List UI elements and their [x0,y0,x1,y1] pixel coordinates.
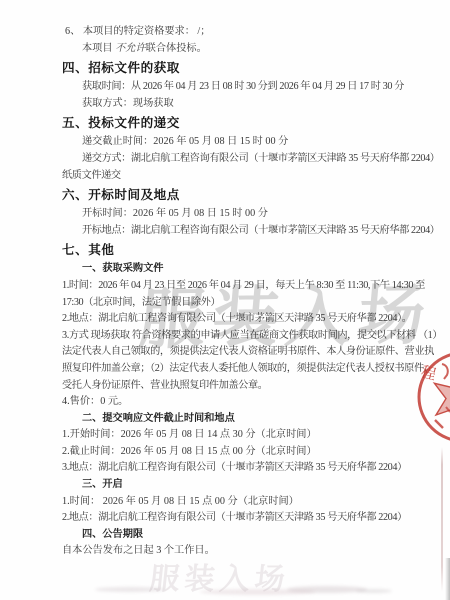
obtain-method: 获取方式：现场获取 [62,96,438,113]
response-start-time: 1.开始时间：2026 年 05 月 08 日 14 点 30 分（北京时间） [62,427,438,444]
seal-stroke-fragment [435,420,443,428]
subheading-announcement-period: 四、公告期限 [62,527,438,544]
announcement-period: 自本公告发布之日起 3 个工作日。 [62,543,438,560]
joint-bid-statement: 本项目 不允许联合体投标。 [62,41,438,58]
obtain-time: 获取时间：从 2026 年 04 月 23 日 08 时 30 分到 2026 … [62,79,438,96]
heading-other: 七、其他 [62,241,438,260]
seal-star-icon [434,372,450,423]
opening-location: 2.地点：湖北启航工程咨询有限公司（十堰市茅箭区天津路 35 号天府华都 220… [62,510,438,527]
bid-opening-location: 开标地点：湖北启航工程咨询有限公司（十堰市茅箭区天津路 35 号天府华都 220… [62,223,438,240]
seal-char-fragment [442,364,448,379]
scan-smudge [287,586,367,593]
scan-smudge [356,589,392,593]
heading-obtain-bid-documents: 四、招标文件的获取 [62,59,438,78]
heading-submit-bid-documents: 五、投标文件的递交 [62,114,438,133]
subheading-response-deadline: 二、提交响应文件截止时间和地点 [62,411,438,428]
response-end-time: 2.截止时间：2026 年 05 月 08 日 15 点 00 分（北京时间） [62,444,438,461]
joint-bid-suffix: 联合体投标。 [146,43,207,54]
paper-edge-shadow-line [441,447,443,592]
joint-bid-prefix: 本项目 [82,43,115,54]
subheading-obtain-procurement-docs: 一、获取采购文件 [62,261,438,278]
other-obtain-method: 3.方式 现场获取 符合资格要求的申请人应当在磋商文件获取时间内，提交以下材料 … [62,328,438,394]
subheading-opening: 三、开启 [62,477,438,494]
response-location: 3.地点：湖北启航工程咨询有限公司（十堰市茅箭区天津路 35 号天府华都 220… [62,460,438,477]
submit-deadline: 递交截止时间：2026 年 05 月 08 日 15 时 00 分 [62,134,438,151]
official-seal-stamp: 程 [404,348,450,448]
scan-corner-shadow [445,558,450,600]
other-obtain-location: 2.地点：湖北启航工程咨询有限公司（十堰市茅箭区天津路 35 号天府华都 220… [62,311,438,328]
other-obtain-time: 1.时间：2026 年 04 月 23 日至 2026 年 04 月 29 日，… [62,278,438,311]
submit-method: 递交方式：湖北启航工程咨询有限公司（十堰市茅箭区天津路 35 号天府华都 220… [62,151,438,184]
scan-smudge [95,587,165,592]
document-body: 6、 本项目的特定资格要求： /； 本项目 不允许联合体投标。 四、招标文件的获… [62,24,438,560]
scanned-tender-document-page: 服装入场 服装入场 6、 本项目的特定资格要求： /； 本项目 不允许联合体投标… [0,0,450,600]
item6-qualification-requirement: 6、 本项目的特定资格要求： /； [62,24,438,41]
heading-bid-opening: 六、开标时间及地点 [62,186,438,205]
joint-bid-fill-in-value: 不允许 [115,43,146,54]
opening-time: 1.时间： 2026 年 05 月 08 日 15 点 00 分（北京时间） [62,494,438,511]
document-price: 4.售价：0 元。 [62,394,438,411]
bid-opening-time: 开标时间：2026 年 05 月 08 日 15 时 00 分 [62,206,438,223]
